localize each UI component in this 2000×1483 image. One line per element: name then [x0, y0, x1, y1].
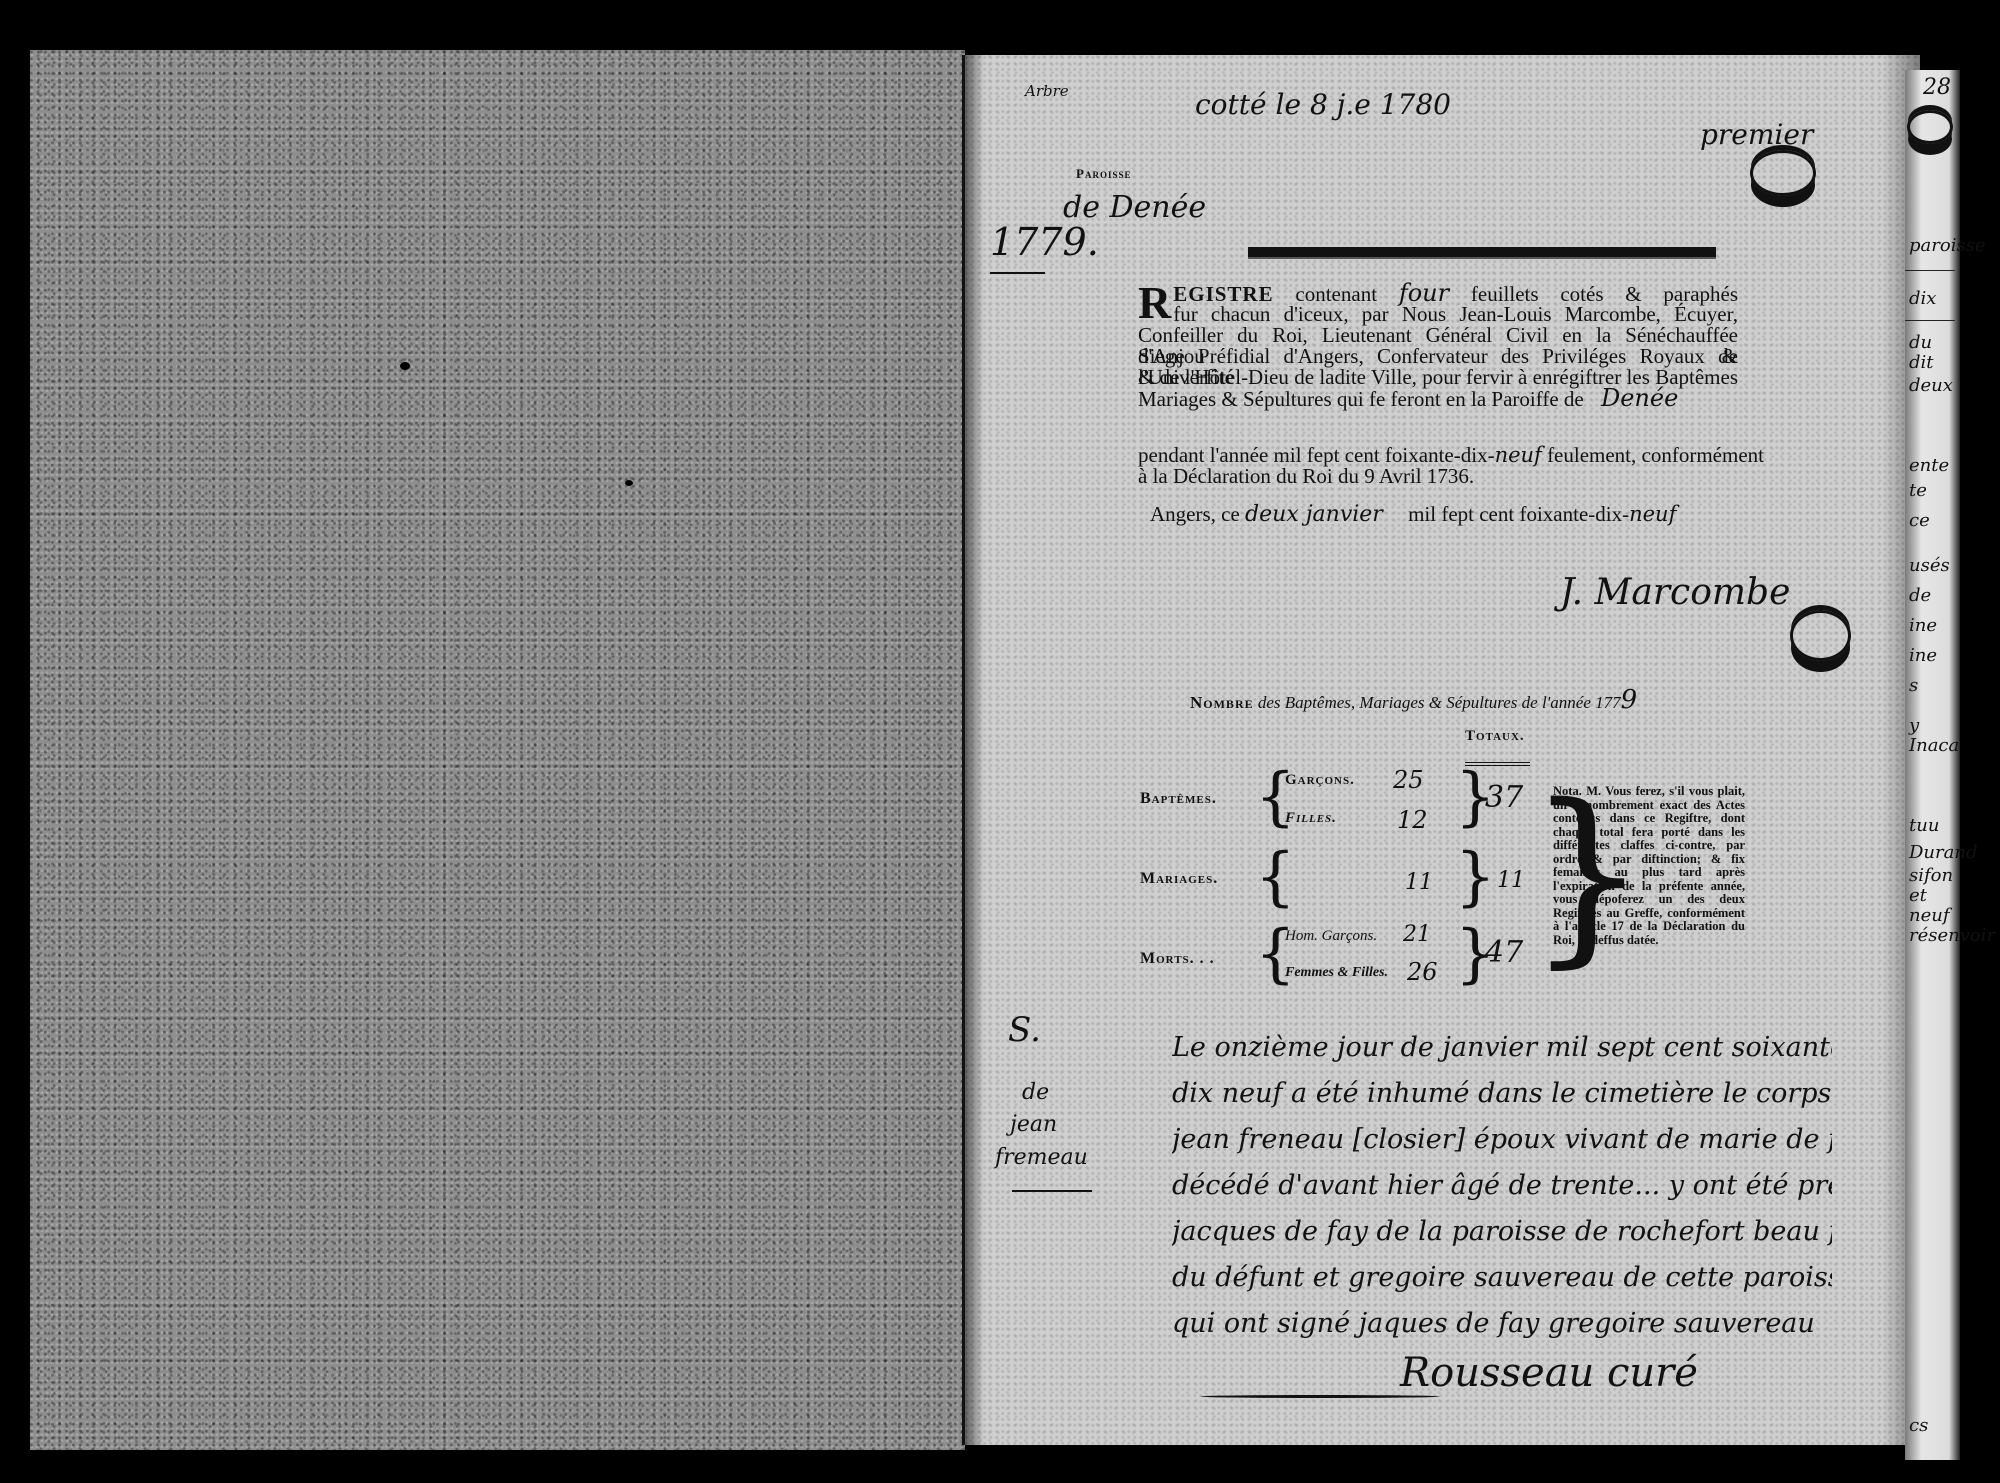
registre-line-6: Mariages & Sépultures qui fe feront en l… [1138, 388, 1738, 409]
angers-mid: mil fept cent foixante-dix- [1408, 502, 1629, 526]
angers-prefix: Angers, ce [1150, 502, 1240, 526]
baptemes-label: Baptêmes. [1140, 790, 1217, 808]
edge-fragment: ce [1909, 510, 1930, 531]
pendant-text-end: feulement, conformément [1547, 443, 1764, 467]
ruled-line [1905, 270, 1955, 271]
edge-fragment: te [1909, 480, 1927, 501]
page-number: 28 [1923, 75, 1951, 100]
priest-signature: Rousseau curé [1400, 1350, 1698, 1396]
edge-fragment: dit [1909, 352, 1934, 373]
mariages-label: Mariages. [1140, 870, 1218, 888]
margin-name-line: fremeau [995, 1145, 1088, 1170]
signature-paraph [1790, 610, 1851, 661]
mariages-count: 11 [1405, 870, 1433, 895]
brace-icon: { [1255, 845, 1296, 909]
morts-label: Morts. . . [1140, 950, 1215, 968]
entry-type-mark: S. [1008, 1010, 1041, 1050]
nota-instructions: Nota. M. Vous ferez, s'il vous plait, un… [1553, 785, 1745, 947]
edge-fragment: deux [1909, 375, 1953, 396]
entry-line: dix neuf a été inhumé dans le cimetière … [1172, 1078, 1832, 1109]
title-rule [1248, 247, 1716, 259]
brace-icon: } [1455, 845, 1496, 909]
baptemes-filles-count: 12 [1397, 806, 1428, 834]
margin-name-line: de [1022, 1080, 1049, 1105]
entry-line: jean freneau [closier] époux vivant de m… [1172, 1124, 1832, 1155]
edge-fragment: sifon [1909, 865, 1953, 886]
entry-line: qui ont signé jaques de fay gregoire sau… [1172, 1308, 1832, 1339]
declaration-text: à la Déclaration du Roi du 9 Avril 1736. [1138, 464, 1474, 488]
totaux-label: Totaux. [1465, 728, 1525, 745]
edge-fragment: ine [1909, 615, 1937, 636]
adjacent-page-edge: 28 paroisse dix du dit deux ente te ce u… [1905, 70, 1960, 1460]
registre-line-4: Siege Préfidial d'Angers, Confervateur d… [1138, 346, 1738, 367]
summary-title-text: des Baptêmes, Mariages & Sépultures de l… [1258, 693, 1621, 712]
edge-fragment: y [1909, 715, 1919, 736]
registre-paragraph: R EGISTRE contenant four feuillets cotés… [1138, 283, 1738, 409]
edge-fragment: tuu [1909, 815, 1939, 836]
margin-underline [1012, 1190, 1092, 1192]
angers-hand-year: neuf [1629, 502, 1676, 526]
edge-fragment: dix [1909, 288, 1936, 309]
year-margin-note: 1779. [990, 220, 1099, 264]
baptemes-garcons-count: 25 [1393, 766, 1424, 794]
entry-line: décédé d'avant hier âgé de trente... y o… [1172, 1170, 1832, 1201]
summary-title-prefix: Nombre [1190, 693, 1254, 712]
filles-label: Filles. [1285, 810, 1337, 827]
pendant-paragraph: pendant l'année mil fept cent foixante-d… [1138, 445, 1764, 487]
edge-fragment: paroisse [1909, 235, 1986, 256]
paroisse-label: Paroisse [1076, 166, 1131, 182]
ink-spot [400, 362, 410, 370]
edge-fragment: neuf [1909, 905, 1950, 926]
marcombe-signature: J. Marcombe [1560, 572, 1790, 613]
premier-annotation: premier [1700, 118, 1813, 151]
edge-fragment: et [1909, 885, 1927, 906]
hommes-garcons-label: Hom. Garçons. [1285, 928, 1377, 945]
signature-flourish [1200, 1395, 1440, 1398]
flourish-scribble [1907, 110, 1953, 144]
edge-fragment: usés [1909, 555, 1950, 576]
garcons-label: Garçons. [1285, 772, 1355, 789]
summary-year-digit: 9 [1621, 685, 1638, 715]
paraph-scribble [1750, 150, 1816, 196]
registre-line-2: fur chacun d'iceux, par Nous Jean-Louis … [1138, 304, 1738, 325]
edge-fragment: Inaca [1909, 735, 1959, 756]
year-underline [990, 272, 1045, 274]
edge-fragment: cs [1909, 1415, 1928, 1436]
ink-spot [625, 480, 633, 486]
edge-fragment: ente [1909, 455, 1949, 476]
angers-line: Angers, ce deux janvier mil fept cent fo… [1150, 502, 1676, 527]
drop-cap: R [1138, 283, 1171, 323]
edge-fragment: ine [1909, 645, 1937, 666]
edge-fragment: s [1909, 675, 1918, 696]
summary-title: Nombre des Baptêmes, Mariages & Sépultur… [1190, 685, 1637, 715]
paroisse-handwritten: Denée [1601, 384, 1678, 412]
registre-line-3: Confeiller du Roi, Lieutenant Général Ci… [1138, 325, 1738, 346]
angers-hand-date: deux janvier [1245, 502, 1383, 527]
femmes-filles-label: Femmes & Filles. [1285, 965, 1388, 981]
edge-fragment: résenvoir [1909, 925, 1995, 946]
morts-hommes-count: 21 [1403, 922, 1431, 947]
baptemes-total: 37 [1485, 780, 1523, 815]
pendant-hand-year: neuf [1495, 443, 1542, 467]
morts-femmes-count: 26 [1407, 958, 1438, 986]
edge-fragment: de [1909, 585, 1931, 606]
morts-total: 47 [1485, 935, 1523, 970]
mariages-total: 11 [1497, 868, 1525, 893]
margin-name-line: jean [1010, 1112, 1057, 1137]
entry-line: jacques de fay de la paroisse de rochefo… [1172, 1216, 1832, 1247]
corner-annotation: Arbre [1025, 82, 1069, 100]
registre-line-1: EGISTRE contenant four feuillets cotés &… [1138, 283, 1738, 304]
entry-line: Le onzième jour de janvier mil sept cent… [1172, 1032, 1832, 1063]
dated-annotation: cotté le 8 j.e 1780 [1195, 88, 1451, 121]
edge-fragment: Durand [1909, 842, 1977, 863]
ruled-line [1905, 320, 1955, 321]
edge-fragment: du [1909, 332, 1932, 353]
entry-line: du défunt et gregoire sauvereau de cette… [1172, 1262, 1832, 1293]
left-blank-page [30, 50, 965, 1450]
